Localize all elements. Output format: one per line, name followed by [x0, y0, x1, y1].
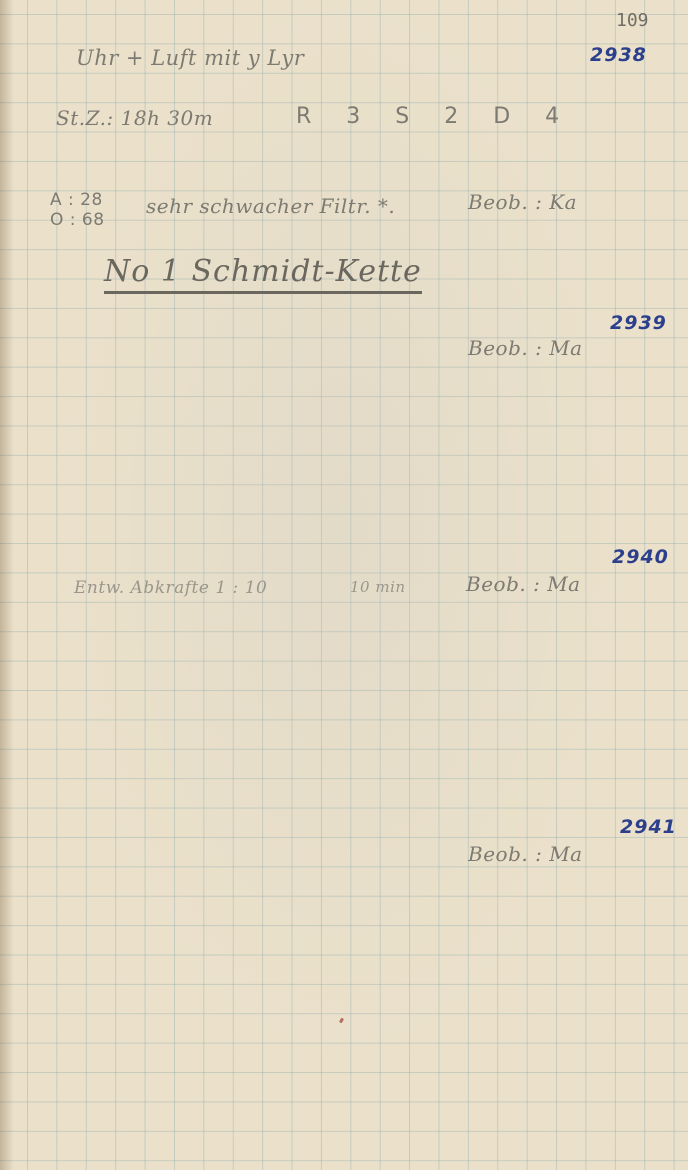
page-stamp-number: 109 [616, 10, 649, 31]
entry-number-2938: 2938 [590, 44, 647, 66]
entry-detail-development: Entw. Abkrafte 1 : 10 [74, 578, 267, 598]
paper-mark [339, 1018, 344, 1024]
entry-note: sehr schwacher Filtr. *. [146, 194, 395, 218]
entry-detail-duration: 10 min [350, 578, 406, 596]
observer-ma-2939: Beob. : Ma [468, 336, 583, 360]
notebook-page: 109 2938 Uhr + Luft mit y Lyr St.Z.: 18h… [0, 0, 688, 1170]
observer-ma-2940: Beob. : Ma [466, 572, 581, 596]
ratio-a: A : 28 [50, 190, 105, 210]
entry-number-2939: 2939 [610, 312, 667, 334]
underlined-title: No 1 Schmidt-Kette [104, 254, 422, 294]
observer-ma-2941: Beob. : Ma [468, 842, 583, 866]
ratio-o: O : 68 [50, 210, 105, 230]
ratio-block: A : 28 O : 68 [50, 190, 105, 230]
entry-number-2941: 2941 [620, 816, 677, 838]
entry-time-line: St.Z.: 18h 30m [56, 106, 213, 130]
entry-code-line: R 3 S 2 D 4 [296, 104, 567, 129]
entry-number-2940: 2940 [612, 546, 669, 568]
entry-header-line: Uhr + Luft mit y Lyr [76, 46, 304, 70]
observer-ka: Beob. : Ka [468, 190, 577, 214]
